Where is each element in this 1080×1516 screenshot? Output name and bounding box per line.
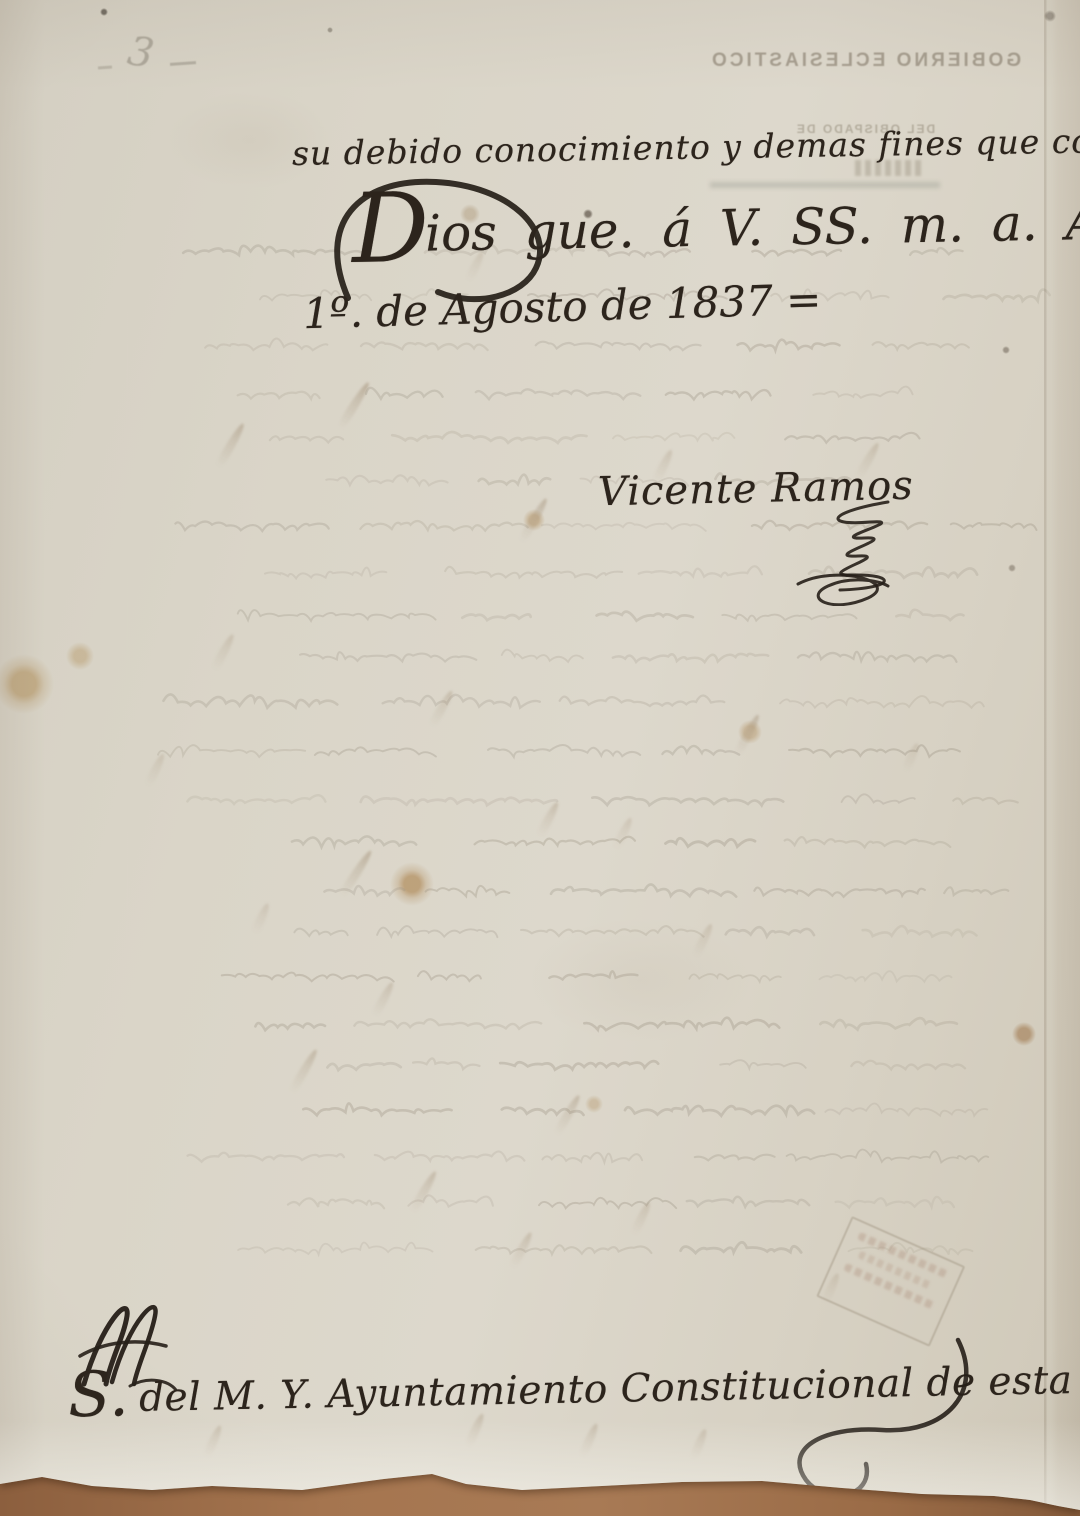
pencil-dash: [170, 61, 196, 66]
valediction-text: ios gue. á V. SS. m. a. Almería: [425, 190, 1080, 263]
ink-smudge: [515, 496, 550, 548]
signature-rubric: [770, 496, 910, 606]
ciudad-descender-flourish: [740, 1330, 980, 1510]
valediction-initial: D: [351, 172, 426, 285]
paper-shadow: GOBIERNO ECLESIASTICO DEL OBISPADO DE 3 …: [0, 0, 1080, 1516]
ink-smudge: [690, 922, 716, 962]
ink-smudge: [506, 1230, 535, 1273]
pencil-page-number: 3: [124, 28, 157, 78]
ink-smudge: [142, 752, 168, 792]
stamp-text-row: [857, 1251, 933, 1291]
letterhead-title-mirrored: GOBIERNO ECLESIASTICO: [705, 50, 1025, 72]
ink-smudge: [731, 713, 762, 761]
ink-smudge: [462, 1412, 486, 1452]
manuscript-page: GOBIERNO ECLESIASTICO DEL OBISPADO DE 3 …: [0, 0, 1080, 1516]
ink-smudge: [899, 742, 921, 777]
valediction-line: Dios gue. á V. SS. m. a. Almería: [352, 188, 1080, 264]
ink-smudge: [628, 1200, 654, 1240]
ink-smudge: [819, 1272, 842, 1309]
ink-smudge: [208, 632, 237, 675]
ink-smudge: [334, 848, 374, 903]
ink-smudge: [249, 902, 272, 939]
signature: Vicente Ramos: [598, 463, 915, 516]
ink-smudge: [425, 689, 455, 732]
ink-smudge: [285, 1047, 320, 1099]
ink-smudge: [688, 1428, 710, 1465]
ink-smudge: [576, 1422, 600, 1462]
stamp-text-row: [843, 1263, 934, 1309]
pencil-dash: [98, 66, 112, 70]
addressee-line: S.del M. Y. Ayuntamiento Constitucional …: [68, 1353, 1080, 1423]
ink-smudge: [369, 980, 397, 1021]
addressee-text: del M. Y. Ayuntamiento Constitucional de…: [139, 1355, 1080, 1421]
ink-smudge: [201, 1424, 225, 1462]
ink-smudge: [550, 1093, 583, 1141]
ink-smudge: [333, 380, 372, 436]
ink-smudge: [212, 421, 247, 473]
addressee-prefix: S.: [67, 1357, 129, 1431]
ink-smudge: [610, 816, 635, 854]
letterhead-rule-bleed: [710, 182, 940, 188]
ink-smudge: [406, 1169, 440, 1219]
body-text-line: su debido conocimiento y demas fines que…: [292, 118, 1080, 173]
stamp-text-row: [857, 1232, 948, 1278]
faded-stamp: [816, 1216, 965, 1347]
ink-smudge: [534, 800, 562, 841]
